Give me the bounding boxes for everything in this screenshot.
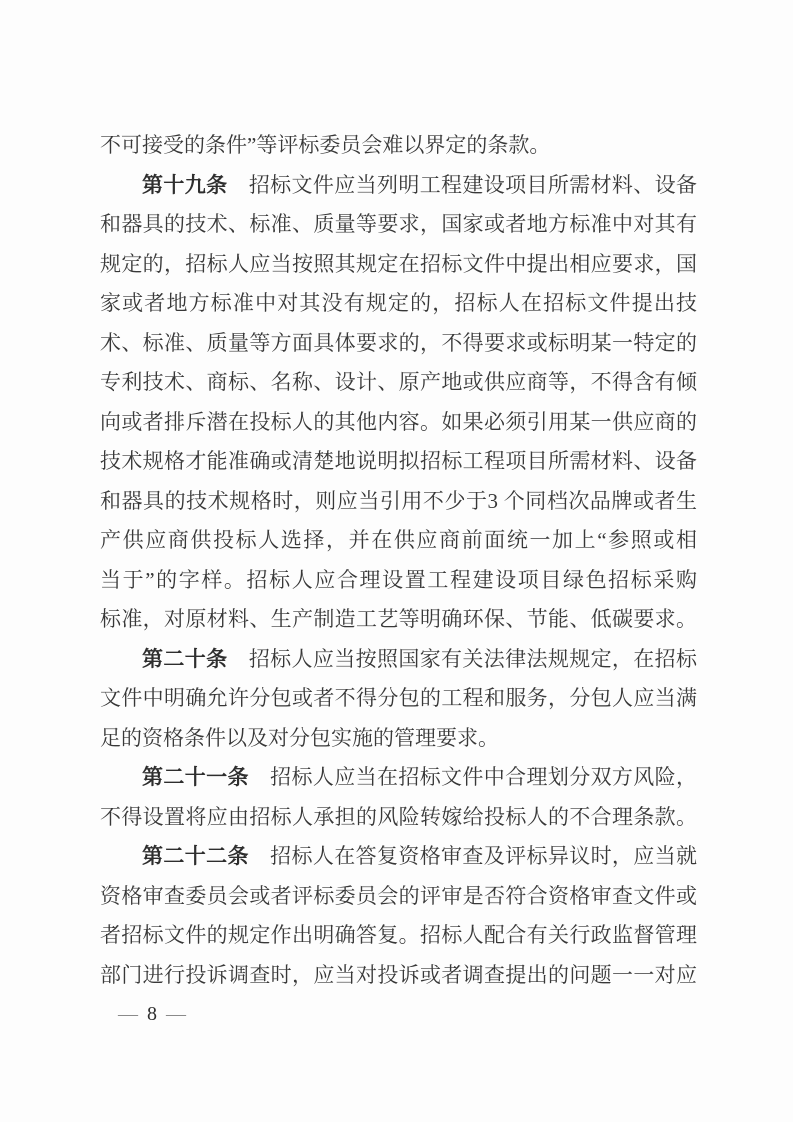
text-line: 者招标文件的规定作出明确答复。招标人配合有关行政监督管理 bbox=[100, 916, 697, 956]
line-text: 足的资格条件以及对分包实施的管理要求。 bbox=[100, 726, 499, 750]
text-line: 部门进行投诉调查时，应当对投诉或者调查提出的问题一一对应 bbox=[100, 956, 697, 996]
line-text: 标准，对原材料、生产制造工艺等明确环保、节能、低碳要求。 bbox=[100, 607, 697, 631]
text-line: 产供应商供投标人选择，并在供应商前面统一加上“参照或相 bbox=[100, 521, 697, 561]
line-text: 规定的，招标人应当按照其规定在招标文件中提出相应要求，国 bbox=[100, 252, 697, 276]
line-text: 产供应商供投标人选择，并在供应商前面统一加上“参照或相 bbox=[100, 528, 697, 552]
text-line: 技术规格才能准确或清楚地说明拟招标工程项目所需材料、设备 bbox=[100, 442, 697, 482]
text-line: 第十九条 招标文件应当列明工程建设项目所需材料、设备 bbox=[100, 166, 697, 206]
line-text: 不得设置将应由招标人承担的风险转嫁给投标人的不合理条款。 bbox=[100, 805, 697, 829]
text-line: 不可接受的条件”等评标委员会难以界定的条款。 bbox=[100, 126, 697, 166]
line-text: 技术规格才能准确或清楚地说明拟招标工程项目所需材料、设备 bbox=[100, 449, 697, 473]
article-number: 第十九条 bbox=[142, 174, 227, 197]
text-line: 规定的，招标人应当按照其规定在招标文件中提出相应要求，国 bbox=[100, 245, 697, 285]
line-text: 招标文件应当列明工程建设项目所需材料、设备 bbox=[227, 173, 697, 197]
line-text: 向或者排斥潜在投标人的其他内容。如果必须引用某一供应商的 bbox=[100, 410, 697, 434]
footer-right-dash: — bbox=[166, 1003, 186, 1025]
text-line: 向或者排斥潜在投标人的其他内容。如果必须引用某一供应商的 bbox=[100, 403, 697, 443]
text-line: 标准，对原材料、生产制造工艺等明确环保、节能、低碳要求。 bbox=[100, 600, 697, 640]
text-line: 当于”的字样。招标人应合理设置工程建设项目绿色招标采购 bbox=[100, 561, 697, 601]
line-text: 资格审查委员会或者评标委员会的评审是否符合资格审查文件或 bbox=[100, 884, 697, 908]
line-text: 招标人在答复资格审查及评标异议时，应当就 bbox=[249, 844, 697, 868]
text-line: 文件中明确允许分包或者不得分包的工程和服务，分包人应当满 bbox=[100, 679, 697, 719]
line-text: 和器具的技术、标准、质量等要求，国家或者地方标准中对其有 bbox=[100, 212, 697, 236]
text-line: 第二十条 招标人应当按照国家有关法律法规规定，在招标 bbox=[100, 640, 697, 680]
article-number: 第二十二条 bbox=[142, 845, 249, 868]
text-line: 和器具的技术、标准、质量等要求，国家或者地方标准中对其有 bbox=[100, 205, 697, 245]
line-text: 招标人应当按照国家有关法律法规规定，在招标 bbox=[227, 647, 697, 671]
document-text-block: 不可接受的条件”等评标委员会难以界定的条款。第十九条 招标文件应当列明工程建设项… bbox=[100, 126, 697, 995]
line-text: 当于”的字样。招标人应合理设置工程建设项目绿色招标采购 bbox=[100, 568, 697, 592]
line-text: 术、标准、质量等方面具体要求的，不得要求或标明某一特定的 bbox=[100, 331, 697, 355]
line-text: 文件中明确允许分包或者不得分包的工程和服务，分包人应当满 bbox=[100, 686, 697, 710]
page-number: 8 bbox=[147, 1003, 157, 1025]
text-line: 资格审查委员会或者评标委员会的评审是否符合资格审查文件或 bbox=[100, 877, 697, 917]
document-page: 不可接受的条件”等评标委员会难以界定的条款。第十九条 招标文件应当列明工程建设项… bbox=[0, 0, 793, 1122]
line-text: 不可接受的条件”等评标委员会难以界定的条款。 bbox=[100, 133, 550, 157]
article-number: 第二十条 bbox=[142, 648, 227, 671]
line-text: 和器具的技术规格时，则应当引用不少于3 个同档次品牌或者生 bbox=[100, 489, 697, 513]
footer-left-dash: — bbox=[118, 1003, 138, 1025]
text-line: 不得设置将应由招标人承担的风险转嫁给投标人的不合理条款。 bbox=[100, 798, 697, 838]
line-text: 招标人应当在招标文件中合理划分双方风险， bbox=[249, 765, 697, 789]
text-line: 第二十一条 招标人应当在招标文件中合理划分双方风险， bbox=[100, 758, 697, 798]
line-text: 者招标文件的规定作出明确答复。招标人配合有关行政监督管理 bbox=[100, 923, 697, 947]
page-footer: —8— bbox=[118, 1000, 186, 1028]
text-line: 足的资格条件以及对分包实施的管理要求。 bbox=[100, 719, 697, 759]
line-text: 专利技术、商标、名称、设计、原产地或供应商等，不得含有倾 bbox=[100, 370, 697, 394]
text-line: 术、标准、质量等方面具体要求的，不得要求或标明某一特定的 bbox=[100, 324, 697, 364]
article-number: 第二十一条 bbox=[142, 766, 249, 789]
line-text: 部门进行投诉调查时，应当对投诉或者调查提出的问题一一对应 bbox=[100, 963, 697, 987]
text-line: 家或者地方标准中对其没有规定的，招标人在招标文件提出技 bbox=[100, 284, 697, 324]
text-line: 和器具的技术规格时，则应当引用不少于3 个同档次品牌或者生 bbox=[100, 482, 697, 522]
line-text: 家或者地方标准中对其没有规定的，招标人在招标文件提出技 bbox=[100, 291, 697, 315]
text-line: 第二十二条 招标人在答复资格审查及评标异议时，应当就 bbox=[100, 837, 697, 877]
text-line: 专利技术、商标、名称、设计、原产地或供应商等，不得含有倾 bbox=[100, 363, 697, 403]
